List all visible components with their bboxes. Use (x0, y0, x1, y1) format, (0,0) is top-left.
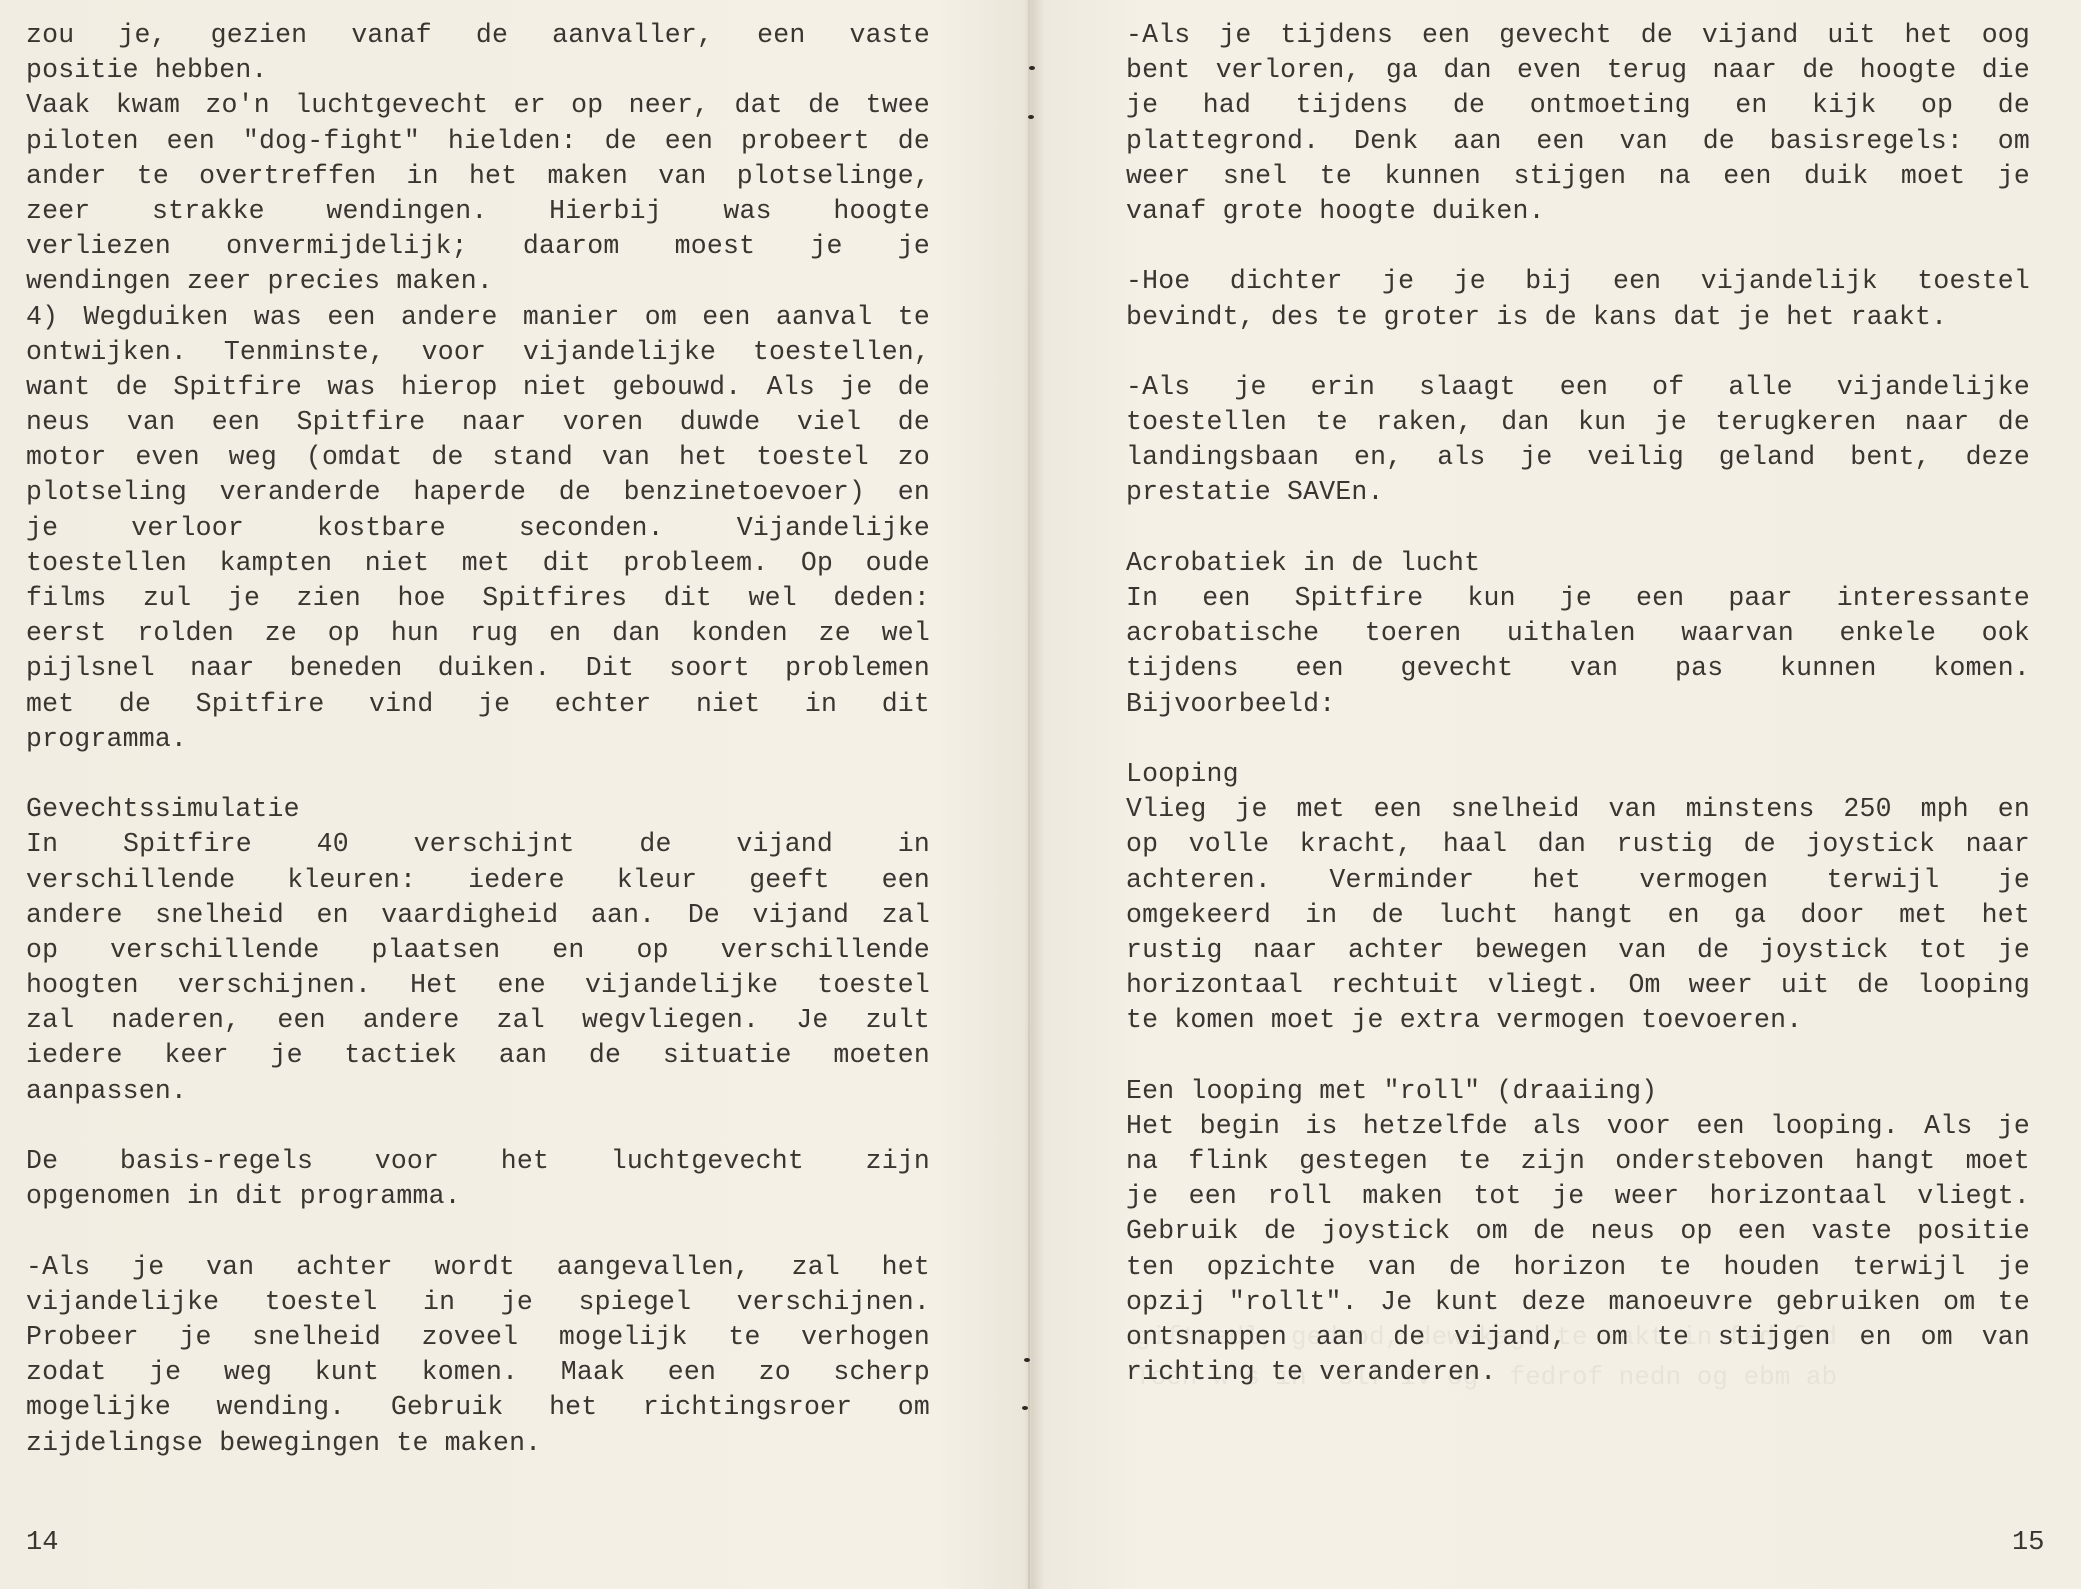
text-line: rustig naar achter bewegen van de joysti… (1126, 933, 2030, 968)
text-line: mogelijke wending. Gebruik het richtings… (26, 1390, 930, 1425)
text-line: aanpassen. (26, 1074, 930, 1109)
text-line: vanaf grote hoogte duiken. (1126, 194, 2030, 229)
text-line: positie hebben. (26, 53, 930, 88)
text-line: zal naderen, een andere zal wegvliegen. … (26, 1003, 930, 1038)
paragraph: -Als je tijdens een gevecht de vijand ui… (1126, 18, 2030, 229)
paragraph: zou je, gezien vanaf de aanvaller, een v… (26, 18, 930, 88)
text-line: te komen moet je extra vermogen toevoere… (1126, 1003, 2030, 1038)
text-line: met de Spitfire vind je echter niet in d… (26, 687, 930, 722)
page-right: -Als je tijdens een gevecht de vijand ui… (1030, 0, 2081, 1589)
text-line: bent verloren, ga dan even terug naar de… (1126, 53, 2030, 88)
text-line: tijdens een gevecht van pas kunnen komen… (1126, 651, 2030, 686)
text-line: ontsnappen aan de vijand, om te stijgen … (1126, 1320, 2030, 1355)
text-line: films zul je zien hoe Spitfires dit wel … (26, 581, 930, 616)
text-line: opgenomen in dit programma. (26, 1179, 930, 1214)
blank-line (1126, 722, 2030, 757)
text-line: zijdelingse bewegingen te maken. (26, 1426, 930, 1461)
text-line: zeer strakke wendingen. Hierbij was hoog… (26, 194, 930, 229)
paragraph: -Hoe dichter je je bij een vijandelijk t… (1126, 264, 2030, 334)
paragraph: -Als je van achter wordt aangevallen, za… (26, 1250, 930, 1461)
text-line: horizontaal rechtuit vliegt. Om weer uit… (1126, 968, 2030, 1003)
text-line: achteren. Verminder het vermogen terwijl… (1126, 863, 2030, 898)
page-left: zou je, gezien vanaf de aanvaller, een v… (0, 0, 1030, 1589)
text-line: De basis-regels voor het luchtgevecht zi… (26, 1144, 930, 1179)
text-line: motor even weg (omdat de stand van het t… (26, 440, 930, 475)
text-line: op verschillende plaatsen en op verschil… (26, 933, 930, 968)
text-line: Acrobatiek in de lucht (1126, 546, 2030, 581)
text-line: ontwijken. Tenminste, voor vijandelijke … (26, 335, 930, 370)
text-line: hoogten verschijnen. Het ene vijandelijk… (26, 968, 930, 1003)
text-line: zou je, gezien vanaf de aanvaller, een v… (26, 18, 930, 53)
blank-line (1126, 511, 2030, 546)
text-line: In een Spitfire kun je een paar interess… (1126, 581, 2030, 616)
text-line: Gevechtssimulatie (26, 792, 930, 827)
text-line: toestellen te raken, dan kun je terugker… (1126, 405, 2030, 440)
text-line: -Hoe dichter je je bij een vijandelijk t… (1126, 264, 2030, 299)
text-line: na flink gestegen te zijn ondersteboven … (1126, 1144, 2030, 1179)
text-line: ten opzichte van de horizon te houden te… (1126, 1250, 2030, 1285)
blank-line (1126, 1038, 2030, 1073)
text-line: plattegrond. Denk aan een van de basisre… (1126, 124, 2030, 159)
section-heading: Gevechtssimulatie (26, 792, 930, 827)
text-line: Gebruik de joystick om de neus op een va… (1126, 1214, 2030, 1249)
text-line: Vaak kwam zo'n luchtgevecht er op neer, … (26, 88, 930, 123)
text-line: In Spitfire 40 verschijnt de vijand in (26, 827, 930, 862)
text-line: landingsbaan en, als je veilig geland be… (1126, 440, 2030, 475)
text-line: ander te overtreffen in het maken van pl… (26, 159, 930, 194)
text-line: pijlsnel naar beneden duiken. Dit soort … (26, 651, 930, 686)
blank-line (26, 1109, 930, 1144)
text-line: je had tijdens de ontmoeting en kijk op … (1126, 88, 2030, 123)
blank-line (1126, 229, 2030, 264)
paragraph: Het begin is hetzelfde als voor een loop… (1126, 1109, 2030, 1391)
text-line: Vlieg je met een snelheid van minstens 2… (1126, 792, 2030, 827)
blank-line (26, 757, 930, 792)
paragraph: -Als je erin slaagt een of alle vijandel… (1126, 370, 2030, 511)
blank-line (26, 1214, 930, 1249)
text-line: Bijvoorbeeld: (1126, 687, 2030, 722)
text-line: verliezen onvermijdelijk; daarom moest j… (26, 229, 930, 264)
text-line: Een looping met "roll" (draaiing) (1126, 1074, 2030, 1109)
text-line: vijandelijke toestel in je spiegel versc… (26, 1285, 930, 1320)
paragraph: De basis-regels voor het luchtgevecht zi… (26, 1144, 930, 1214)
paragraph: In Spitfire 40 verschijnt de vijand inve… (26, 827, 930, 1109)
text-line: iedere keer je tactiek aan de situatie m… (26, 1038, 930, 1073)
text-line: Probeer je snelheid zoveel mogelijk te v… (26, 1320, 930, 1355)
left-page-text: zou je, gezien vanaf de aanvaller, een v… (26, 18, 930, 1461)
right-page-text: -Als je tijdens een gevecht de vijand ui… (1126, 18, 2030, 1390)
section-heading: Looping (1126, 757, 2030, 792)
section-heading: Een looping met "roll" (draaiing) (1126, 1074, 2030, 1109)
paragraph: In een Spitfire kun je een paar interess… (1126, 581, 2030, 722)
blank-line (1126, 335, 2030, 370)
page-number: 15 (2012, 1528, 2044, 1558)
paragraph: 4) Wegduiken was een andere manier om ee… (26, 300, 930, 757)
paragraph: Vaak kwam zo'n luchtgevecht er op neer, … (26, 88, 930, 299)
text-line: -Als je van achter wordt aangevallen, za… (26, 1250, 930, 1285)
text-line: programma. (26, 722, 930, 757)
text-line: op volle kracht, haal dan rustig de joys… (1126, 827, 2030, 862)
text-line: acrobatische toeren uithalen waarvan enk… (1126, 616, 2030, 651)
text-line: 4) Wegduiken was een andere manier om ee… (26, 300, 930, 335)
text-line: richting te veranderen. (1126, 1355, 2030, 1390)
text-line: piloten een "dog-fight" hielden: de een … (26, 124, 930, 159)
text-line: neus van een Spitfire naar voren duwde v… (26, 405, 930, 440)
text-line: prestatie SAVEn. (1126, 475, 2030, 510)
text-line: zodat je weg kunt komen. Maak een zo sch… (26, 1355, 930, 1390)
text-line: -Als je erin slaagt een of alle vijandel… (1126, 370, 2030, 405)
text-line: andere snelheid en vaardigheid aan. De v… (26, 898, 930, 933)
scanned-book-spread: giftmedl, gedeod, dewekagd te zakt in fe… (0, 0, 2081, 1589)
text-line: bevindt, des te groter is de kans dat je… (1126, 300, 2030, 335)
text-line: Het begin is hetzelfde als voor een loop… (1126, 1109, 2030, 1144)
text-line: wendingen zeer precies maken. (26, 264, 930, 299)
text-line: want de Spitfire was hierop niet gebouwd… (26, 370, 930, 405)
page-number: 14 (26, 1528, 58, 1558)
text-line: -Als je tijdens een gevecht de vijand ui… (1126, 18, 2030, 53)
text-line: verschillende kleuren: iedere kleur geef… (26, 863, 930, 898)
text-line: eerst rolden ze op hun rug en dan konden… (26, 616, 930, 651)
text-line: opzij "rollt". Je kunt deze manoeuvre ge… (1126, 1285, 2030, 1320)
text-line: je verloor kostbare seconden. Vijandelij… (26, 511, 930, 546)
text-line: omgekeerd in de lucht hangt en ga door m… (1126, 898, 2030, 933)
text-line: weer snel te kunnen stijgen na een duik … (1126, 159, 2030, 194)
section-heading: Acrobatiek in de lucht (1126, 546, 2030, 581)
text-line: Looping (1126, 757, 2030, 792)
text-line: toestellen kampten niet met dit probleem… (26, 546, 930, 581)
text-line: plotseling veranderde haperde de benzine… (26, 475, 930, 510)
text-line: je een roll maken tot je weer horizontaa… (1126, 1179, 2030, 1214)
paragraph: Vlieg je met een snelheid van minstens 2… (1126, 792, 2030, 1038)
